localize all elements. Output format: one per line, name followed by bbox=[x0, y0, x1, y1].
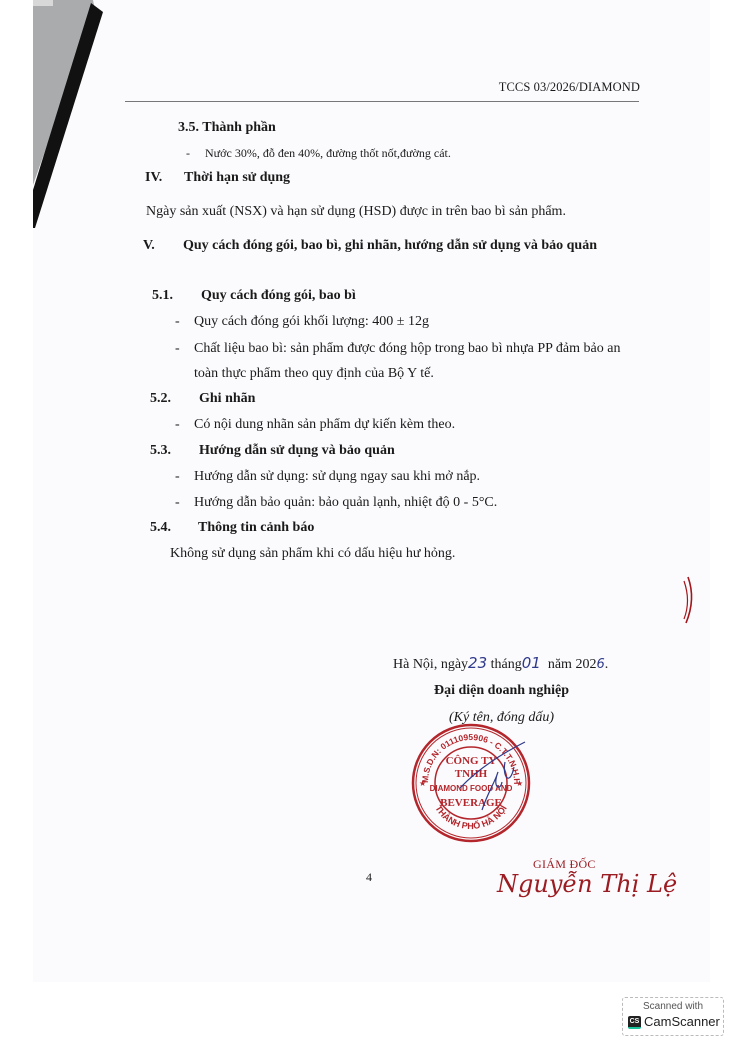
section-5-4-title: Thông tin cảnh báo bbox=[198, 520, 314, 536]
camscanner-logo-icon: CS bbox=[628, 1016, 641, 1029]
page-fold-shadow bbox=[33, 0, 103, 230]
month-label: tháng bbox=[491, 657, 522, 672]
year-label: năm 202 bbox=[548, 657, 597, 672]
section-5-1-number: 5.1. bbox=[152, 288, 173, 304]
bullet-dash: - bbox=[175, 469, 180, 485]
stamp-line-1: CÔNG TY bbox=[446, 754, 497, 767]
package-weight-text: Quy cách đóng gói khối lượng: 400 ± 12g bbox=[194, 314, 429, 330]
svg-text:★: ★ bbox=[419, 779, 426, 788]
packaging-material-text-cont: toàn thực phẩm theo quy định của Bộ Y tế… bbox=[194, 366, 434, 382]
camscanner-watermark: Scanned with CS CamScanner bbox=[622, 997, 724, 1036]
director-name: Nguyễn Thị Lệ bbox=[497, 870, 677, 898]
year-period: . bbox=[605, 657, 609, 672]
handwritten-day: 23 bbox=[468, 654, 487, 672]
bullet-dash: - bbox=[175, 341, 180, 357]
ingredients-text: Nước 30%, đỗ đen 40%, đường thốt nốt,đườ… bbox=[205, 146, 451, 161]
header-divider bbox=[125, 101, 639, 102]
section-5-3-title: Hướng dẫn sử dụng và bảo quản bbox=[199, 443, 395, 459]
section-5-3-number: 5.3. bbox=[150, 443, 171, 459]
section-5-4-number: 5.4. bbox=[150, 520, 171, 536]
handwritten-month: 01 bbox=[522, 654, 541, 672]
company-stamp: M.S.D.N: 0111095906 - C.T.T.N.H.H THÀNH … bbox=[410, 722, 532, 844]
stamp-line-3: DIAMOND FOOD AND bbox=[430, 784, 513, 793]
bullet-dash: - bbox=[175, 314, 180, 330]
packaging-material-text: Chất liệu bao bì: sản phẩm được đóng hộp… bbox=[194, 341, 620, 357]
stamp-line-4: BEVERAGE bbox=[440, 797, 502, 809]
section-3-5-title: 3.5. Thành phần bbox=[178, 120, 276, 136]
section-5-title: Quy cách đóng gói, bao bì, ghi nhãn, hướ… bbox=[183, 238, 597, 254]
watermark-brand: CamScanner bbox=[644, 1014, 720, 1029]
label-text: Có nội dung nhãn sản phẩm dự kiến kèm th… bbox=[194, 417, 455, 433]
page-number: 4 bbox=[366, 870, 372, 885]
shelf-life-text: Ngày sản xuất (NSX) và hạn sử dụng (HSD)… bbox=[146, 204, 566, 220]
section-5-1-title: Quy cách đóng gói, bao bì bbox=[201, 288, 356, 304]
stamp-line-2: TNHH bbox=[455, 768, 488, 780]
watermark-caption: Scanned with bbox=[623, 1001, 723, 1012]
date-prefix: Hà Nội, ngày bbox=[393, 657, 468, 672]
date-line: Hà Nội, ngày23 tháng01 năm 2026. bbox=[393, 654, 608, 673]
storage-instruction-text: Hướng dẫn bảo quản: bảo quản lạnh, nhiệt… bbox=[194, 495, 497, 511]
handwritten-year-digit: 6 bbox=[596, 657, 604, 672]
section-5-2-number: 5.2. bbox=[150, 391, 171, 407]
bullet-dash: - bbox=[186, 146, 190, 161]
section-5-2-title: Ghi nhãn bbox=[199, 391, 255, 407]
svg-text:★: ★ bbox=[516, 779, 523, 788]
margin-bracket-mark bbox=[680, 575, 700, 625]
section-5-number: V. bbox=[143, 238, 155, 254]
bullet-dash: - bbox=[175, 495, 180, 511]
warning-text: Không sử dụng sản phẩm khi có dấu hiệu h… bbox=[170, 546, 455, 562]
usage-instruction-text: Hướng dẫn sử dụng: sử dụng ngay sau khi … bbox=[194, 469, 480, 485]
section-4-title: Thời hạn sử dụng bbox=[184, 170, 290, 186]
document-code: TCCS 03/2026/DIAMOND bbox=[499, 80, 640, 95]
section-4-number: IV. bbox=[145, 170, 162, 186]
bullet-dash: - bbox=[175, 417, 180, 433]
representative-label: Đại diện doanh nghiệp bbox=[434, 683, 569, 699]
